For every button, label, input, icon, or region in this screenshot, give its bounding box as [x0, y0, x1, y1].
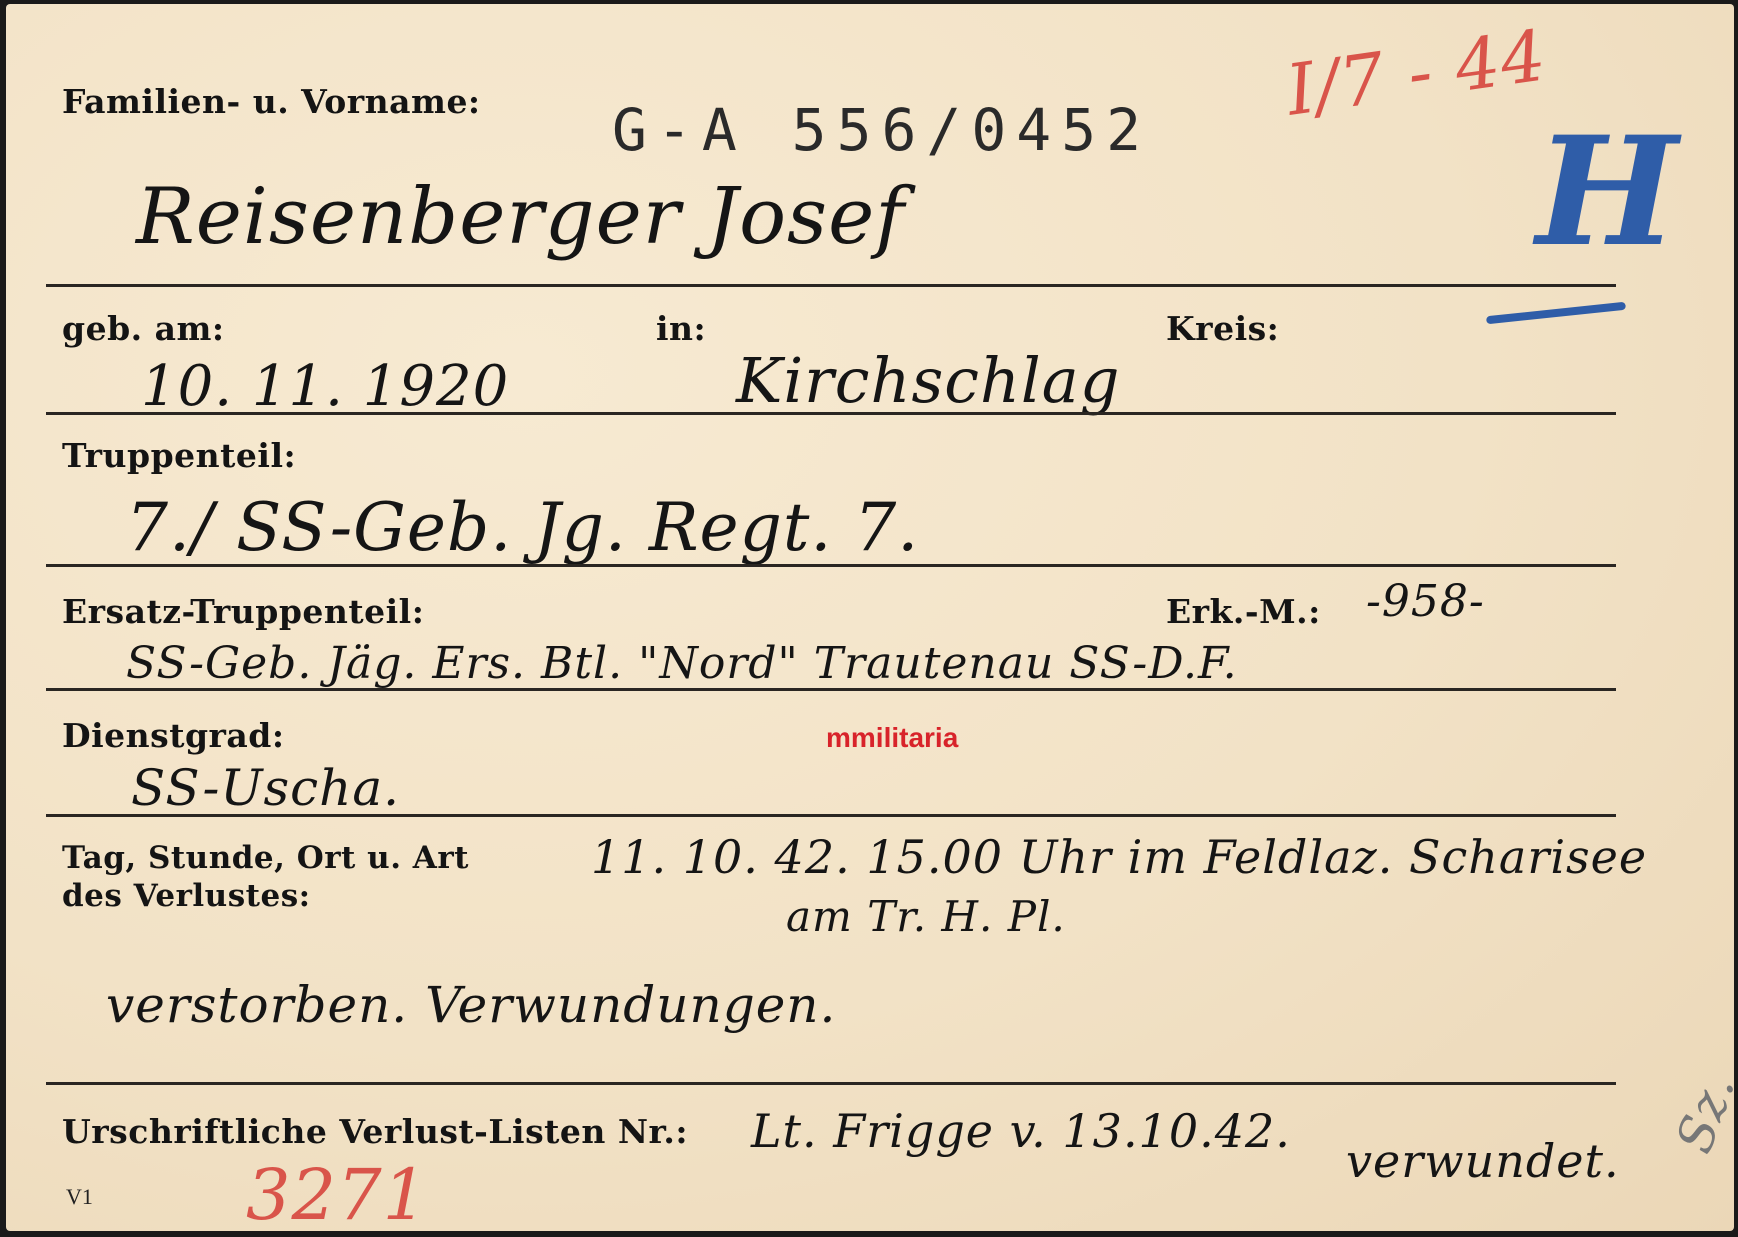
blue-underline-mark — [1486, 302, 1626, 325]
rule-loss — [46, 1082, 1616, 1085]
watermark: mmilitaria — [826, 722, 958, 754]
birth-date-label: geb. am: — [62, 309, 225, 348]
file-number-stamp: G-A 556/0452 — [612, 96, 1151, 164]
id-tag-value: -958- — [1366, 576, 1485, 627]
id-tag-label: Erk.-M.: — [1166, 592, 1321, 631]
red-annotation-bottom: 3271 — [246, 1154, 428, 1236]
red-annotation-top: I/7 - 44 — [1282, 14, 1552, 132]
rule-replacement — [46, 688, 1616, 691]
loss-list-extra: verwundet. — [1346, 1134, 1620, 1188]
birth-place-label: in: — [656, 309, 706, 348]
loss-details-line3: verstorben. Verwundungen. — [106, 976, 836, 1034]
blue-annotation-mark: H — [1536, 104, 1679, 280]
birth-date-value: 10. 11. 1920 — [141, 354, 509, 419]
rule-unit — [46, 564, 1616, 567]
replacement-unit-value: SS-Geb. Jäg. Ers. Btl. "Nord" Trautenau … — [126, 638, 1238, 689]
loss-list-label: Urschriftliche Verlust-Listen Nr.: — [62, 1112, 688, 1151]
loss-details-line1: 11. 10. 42. 15.00 Uhr im Feldlaz. Schari… — [591, 830, 1647, 884]
unit-value: 7./ SS-Geb. Jg. Regt. 7. — [126, 489, 919, 566]
rule-birth — [46, 412, 1616, 415]
district-label: Kreis: — [1166, 309, 1279, 348]
rank-value: SS-Uscha. — [131, 759, 400, 817]
replacement-unit-label: Ersatz-Truppenteil: — [62, 592, 424, 631]
rule-rank — [46, 814, 1616, 817]
name-value: Reisenberger Josef — [136, 172, 905, 262]
rule-name — [46, 284, 1616, 287]
birth-place-value: Kirchschlag — [736, 344, 1120, 417]
rank-label: Dienstgrad: — [62, 716, 285, 755]
loss-list-value: Lt. Frigge v. 13.10.42. — [751, 1104, 1291, 1158]
name-label: Familien- u. Vorname: — [62, 82, 481, 121]
loss-label-line1: Tag, Stunde, Ort u. Art — [62, 839, 469, 877]
loss-label-line2: des Verlustes: — [62, 877, 311, 915]
casualty-card: Familien- u. Vorname: G-A 556/0452 I/7 -… — [6, 4, 1734, 1231]
unit-label: Truppenteil: — [62, 436, 296, 475]
loss-details-line2: am Tr. H. Pl. — [786, 892, 1066, 941]
form-code: V1 — [66, 1184, 93, 1210]
pencil-initials: Sz. — [1665, 1066, 1738, 1161]
